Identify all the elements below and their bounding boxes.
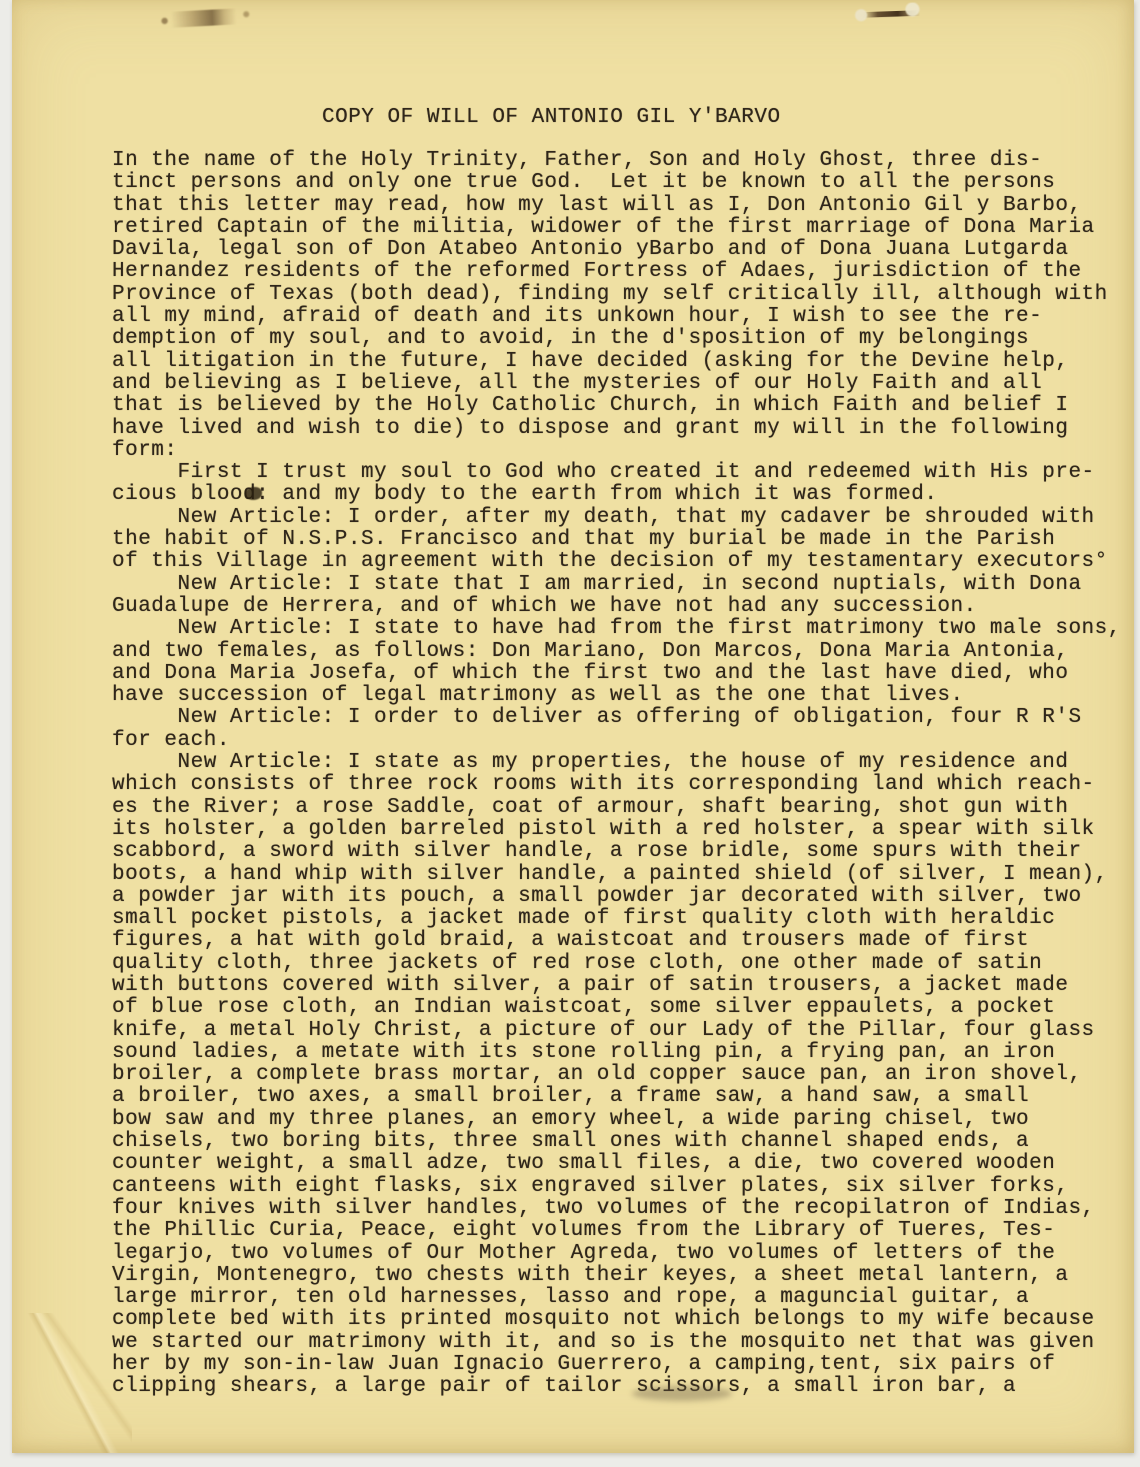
text-line: tinct persons and only one true God. Let… [112,172,1140,194]
text-line: for each. [112,730,1140,752]
text-line: four knives with silver handles, two vol… [112,1198,1140,1220]
text-line: all litigation in the future, I have dec… [112,351,1140,373]
text-line: legarjo, two volumes of Our Mother Agred… [112,1243,1140,1265]
text-line: clipping shears, a large pair of tailor … [112,1376,1140,1398]
text-line: New Article: I order, after my death, th… [112,507,1140,529]
text-line: of this Village in agreement with the de… [112,551,1140,573]
text-line: all my mind, afraid of death and its unk… [112,306,1140,328]
text-line: and believing as I believe, all the myst… [112,373,1140,395]
text-line: sound ladies, a metate with its stone ro… [112,1042,1140,1064]
text-line: quality cloth, three jackets of red rose… [112,953,1140,975]
text-line: broiler, a complete brass mortar, an old… [112,1064,1140,1086]
text-line: and Dona Maria Josefa, of which the firs… [112,663,1140,685]
document-page: COPY OF WILL OF ANTONIO GIL Y'BARVO In t… [12,0,1134,1453]
text-line: Province of Texas (both dead), finding m… [112,284,1140,306]
text-line: which consists of three rock rooms with … [112,774,1140,796]
text-line: bow saw and my three planes, an emory wh… [112,1109,1140,1131]
text-line: boots, a hand whip with silver handle, a… [112,864,1140,886]
text-line: that this letter may read, how my last w… [112,195,1140,217]
text-line: cious blood: and my body to the earth fr… [112,484,1140,506]
ink-blot [245,487,262,500]
text-line: of blue rose cloth, an Indian waistcoat,… [112,997,1140,1019]
text-line: In the name of the Holy Trinity, Father,… [112,150,1140,172]
text-line: small pocket pistols, a jacket made of f… [112,908,1140,930]
text-line: retired Captain of the militia, widower … [112,217,1140,239]
document-body: In the name of the Holy Trinity, Father,… [112,150,1140,1399]
text-line: that is believed by the Holy Catholic Ch… [112,395,1140,417]
text-line: New Article: I state to have had from th… [112,618,1140,640]
text-line: figures, a hat with gold braid, a waistc… [112,930,1140,952]
text-line: complete bed with its printed mosquito n… [112,1309,1140,1331]
text-line: a broiler, two axes, a small broiler, a … [112,1086,1140,1108]
text-line: Virgin, Montenegro, two chests with thei… [112,1265,1140,1287]
text-line: demption of my soul, and to avoid, in th… [112,328,1140,350]
text-line: chisels, two boring bits, three small on… [112,1131,1140,1153]
text-line: form: [112,440,1140,462]
text-line: and two females, as follows: Don Mariano… [112,641,1140,663]
paper-crease [12,1313,132,1453]
text-line: Davila, legal son of Don Atabeo Antonio … [112,239,1140,261]
text-line: her by my son-in-law Juan Ignacio Guerre… [112,1354,1140,1376]
page-title: COPY OF WILL OF ANTONIO GIL Y'BARVO [322,106,781,129]
text-line: es the River; a rose Saddle, coat of arm… [112,797,1140,819]
scan-backdrop: COPY OF WILL OF ANTONIO GIL Y'BARVO In t… [0,0,1140,1467]
text-line: have succession of legal matrimony as we… [112,685,1140,707]
text-line: New Article: I state as my properties, t… [112,752,1140,774]
text-line: the Phillic Curia, Peace, eight volumes … [112,1220,1140,1242]
text-line: have lived and wish to die) to dispose a… [112,418,1140,440]
text-line: a powder jar with its pouch, a small pow… [112,886,1140,908]
text-line: with buttons covered with silver, a pair… [112,975,1140,997]
text-line: canteens with eight flasks, six engraved… [112,1176,1140,1198]
text-line: scabbord, a sword with silver handle, a … [112,841,1140,863]
text-line: its holster, a golden barreled pistol wi… [112,819,1140,841]
text-line: we started our matrimony with it, and so… [112,1332,1140,1354]
text-line: New Article: I order to deliver as offer… [112,707,1140,729]
staple-smudge-mark [850,1,943,24]
text-line: Hernandez residents of the reformed Fort… [112,261,1140,283]
text-line: counter weight, a small adze, two small … [112,1153,1140,1175]
text-line: large mirror, ten old harnesses, lasso a… [112,1287,1140,1309]
text-line: New Article: I state that I am married, … [112,574,1140,596]
text-line: knife, a metal Holy Christ, a picture of… [112,1020,1140,1042]
text-line: the habit of N.S.P.S. Francisco and that… [112,529,1140,551]
text-line: Guadalupe de Herrera, and of which we ha… [112,596,1140,618]
text-line: First I trust my soul to God who created… [112,462,1140,484]
ink-smudge-mark [160,8,251,29]
faded-smudge [632,1386,732,1401]
